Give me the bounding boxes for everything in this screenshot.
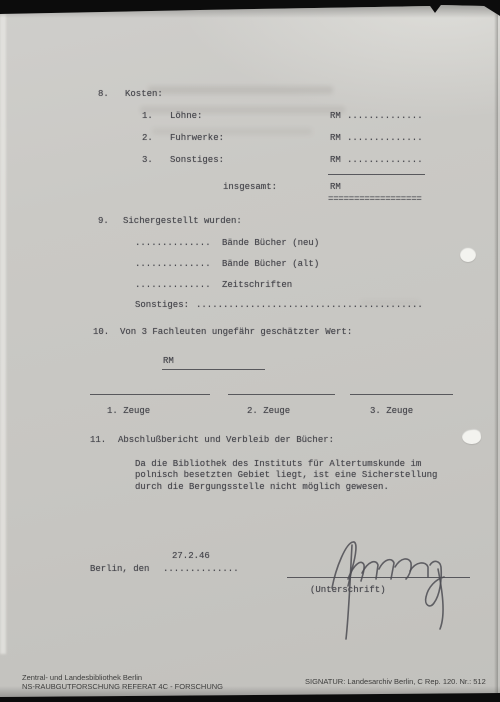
witness-line: [228, 394, 335, 395]
section10-number: 10.: [93, 327, 109, 338]
sonstiges-label: Sonstiges:: [135, 300, 189, 311]
closing-paragraph-line: Da die Bibliothek des Instituts für Alte…: [135, 459, 421, 470]
dotted-fill: ..............: [347, 133, 423, 144]
cost-item-number: 3.: [142, 155, 153, 166]
witness-label: 2. Zeuge: [247, 406, 290, 417]
place-date-dots: ..............: [163, 564, 239, 575]
witness-line: [90, 394, 210, 395]
section9-number: 9.: [98, 216, 109, 227]
value-underline: [162, 369, 265, 370]
currency-label: RM: [330, 111, 341, 122]
closing-paragraph-line: polnisch besetzten Gebiet liegt, ist ein…: [135, 470, 437, 481]
punch-hole: [460, 247, 476, 262]
footer-department: NS-RAUBGUTFORSCHUNG REFERAT 4C - FORSCHU…: [22, 682, 223, 691]
paper-right-edge-shadow: [494, 10, 498, 694]
volume-dots: ..............: [135, 280, 211, 291]
section8-number: 8.: [98, 89, 109, 100]
witness-label: 1. Zeuge: [107, 406, 150, 417]
volume-label: Bände Bücher (alt): [222, 259, 319, 270]
dotted-fill: ..............: [347, 111, 423, 122]
ink-bleed-smudge: [148, 86, 333, 94]
footer-left: Zentral- und Landesbibliothek Berlin NS-…: [22, 673, 223, 691]
cost-item-label: Fuhrwerke:: [170, 133, 224, 144]
footer-right: SIGNATUR: Landesarchiv Berlin, C Rep. 12…: [305, 677, 486, 686]
paper-top-shadow: [0, 4, 500, 18]
paper-left-edge-highlight: [0, 14, 6, 654]
currency-label: RM: [330, 155, 341, 166]
handwritten-signature-scrawl: [280, 515, 480, 650]
closing-paragraph-line: durch die Bergungsstelle nicht möglich g…: [135, 482, 389, 493]
total-label: insgesamt:: [223, 182, 277, 193]
cost-item-label: Sonstiges:: [170, 155, 224, 166]
section10-title: Von 3 Fachleuten ungefähr geschätzter We…: [120, 327, 352, 338]
footer-library-name: Zentral- und Landesbibliothek Berlin: [22, 673, 223, 682]
section8-title: Kosten:: [125, 89, 163, 100]
cost-item-number: 2.: [142, 133, 153, 144]
total-currency: RM: [330, 182, 341, 193]
footer-signatur: SIGNATUR: Landesarchiv Berlin, C Rep. 12…: [305, 677, 486, 686]
volume-dots: ..............: [135, 238, 211, 249]
place-label: Berlin, den: [90, 564, 149, 575]
witness-line: [350, 394, 453, 395]
witness-label: 3. Zeuge: [370, 406, 413, 417]
cost-item-number: 1.: [142, 111, 153, 122]
subtotal-rule: [328, 174, 425, 175]
sonstiges-dots: ........................................…: [196, 300, 423, 311]
volume-label: Zeitschriften: [222, 280, 292, 291]
punch-hole: [461, 428, 482, 445]
section11-title: Abschlußbericht und Verbleib der Bücher:: [118, 435, 334, 446]
dotted-fill: ..............: [347, 155, 423, 166]
volume-label: Bände Bücher (neu): [222, 238, 319, 249]
scan-background: { "document": { "s8": { "number": "8.", …: [0, 0, 500, 702]
total-double-rule: ==================: [328, 194, 422, 205]
section11-number: 11.: [90, 435, 106, 446]
estimated-value-currency: RM: [163, 356, 174, 367]
currency-label: RM: [330, 133, 341, 144]
section9-title: Sichergestellt wurden:: [123, 216, 242, 227]
volume-dots: ..............: [135, 259, 211, 270]
date-value: 27.2.46: [172, 551, 210, 562]
document-page: 8. Kosten: 1. Löhne: RM .............. 2…: [0, 0, 500, 702]
cost-item-label: Löhne:: [170, 111, 202, 122]
